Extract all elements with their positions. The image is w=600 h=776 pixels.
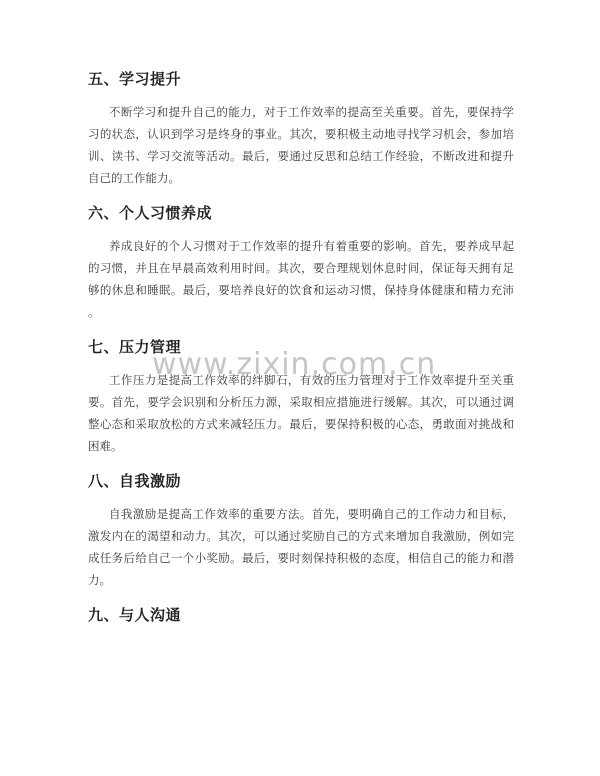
- section-stress-management: 七、压力管理 工作压力是提高工作效率的绊脚石，有效的压力管理对于工作效率提升至关…: [88, 338, 514, 458]
- section-communication: 九、与人沟通: [88, 606, 514, 626]
- section-heading: 七、压力管理: [88, 338, 514, 358]
- section-heading: 六、个人习惯养成: [88, 204, 514, 224]
- text-line: 习的状态，认识到学习是终身的事业。其次，要积极主动地寻找学习机会，参加培: [88, 124, 514, 146]
- text-line: 自我激励是提高工作效率的重要方法。首先，要明确自己的工作动力和目标，: [88, 504, 514, 526]
- text-line: 自己的工作能力。: [88, 168, 514, 190]
- text-line: 成任务后给自己一个小奖励。最后，要时刻保持积极的态度，相信自己的能力和潜: [88, 548, 514, 570]
- text-line: 困难。: [88, 436, 514, 458]
- text-line: 够的休息和睡眠。最后，要培养良好的饮食和运动习惯，保持身体健康和精力充沛: [88, 280, 514, 302]
- text-line: 力。: [88, 570, 514, 592]
- text-line: 激发内在的渴望和动力。其次，可以通过奖励自己的方式来增加自我激励，例如完: [88, 526, 514, 548]
- text-line: 要。首先，要学会识别和分析压力源，采取相应措施进行缓解。其次，可以通过调: [88, 392, 514, 414]
- text-line: 整心态和采取放松的方式来减轻压力。最后，要保持积极的心态，勇敢面对挑战和: [88, 414, 514, 436]
- paragraph: 工作压力是提高工作效率的绊脚石，有效的压力管理对于工作效率提升至关重 要。首先，…: [88, 370, 514, 458]
- text-line: 养成良好的个人习惯对于工作效率的提升有着重要的影响。首先，要养成早起: [88, 236, 514, 258]
- section-heading: 五、学习提升: [88, 70, 514, 90]
- paragraph: 养成良好的个人习惯对于工作效率的提升有着重要的影响。首先，要养成早起 的习惯，并…: [88, 236, 514, 324]
- text-line: 不断学习和提升自己的能力，对于工作效率的提高至关重要。首先，要保持学: [88, 102, 514, 124]
- document-content: 五、学习提升 不断学习和提升自己的能力，对于工作效率的提高至关重要。首先，要保持…: [88, 70, 514, 638]
- text-line: 。: [88, 302, 514, 324]
- text-line: 工作压力是提高工作效率的绊脚石，有效的压力管理对于工作效率提升至关重: [88, 370, 514, 392]
- section-heading: 九、与人沟通: [88, 606, 514, 626]
- document-page: www.zixin.com.cn 五、学习提升 不断学习和提升自己的能力，对于工…: [0, 0, 600, 776]
- section-self-motivation: 八、自我激励 自我激励是提高工作效率的重要方法。首先，要明确自己的工作动力和目标…: [88, 472, 514, 592]
- paragraph: 自我激励是提高工作效率的重要方法。首先，要明确自己的工作动力和目标， 激发内在的…: [88, 504, 514, 592]
- section-personal-habits: 六、个人习惯养成 养成良好的个人习惯对于工作效率的提升有着重要的影响。首先，要养…: [88, 204, 514, 324]
- text-line: 训、读书、学习交流等活动。最后，要通过反思和总结工作经验，不断改进和提升: [88, 146, 514, 168]
- text-line: 的习惯，并且在早晨高效利用时间。其次，要合理规划休息时间，保证每天拥有足: [88, 258, 514, 280]
- paragraph: 不断学习和提升自己的能力，对于工作效率的提高至关重要。首先，要保持学 习的状态，…: [88, 102, 514, 190]
- section-heading: 八、自我激励: [88, 472, 514, 492]
- section-learning-improvement: 五、学习提升 不断学习和提升自己的能力，对于工作效率的提高至关重要。首先，要保持…: [88, 70, 514, 190]
